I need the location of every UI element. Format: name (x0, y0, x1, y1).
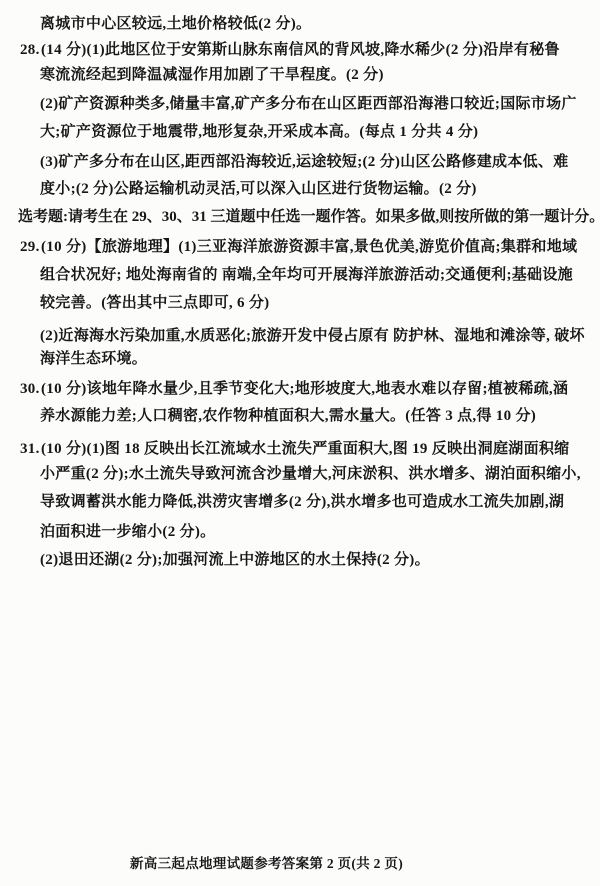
question-29-text: (10 分)【旅游地理】(1)三亚海洋旅游资源丰富,景色优美,游览价值高;集群和… (41, 239, 577, 255)
question-28-line-2: 寒流流经起到降温减湿作用加剧了干旱程度。(2 分) (40, 65, 384, 85)
question-28-line-4: 大;矿产资源位于地震带,地形复杂,开采成本高。(每点 1 分共 4 分) (40, 122, 478, 142)
question-30-text: (10 分)该地年降水量少,且季节变化大;地形坡度大,地表水难以存留;植被稀疏,… (41, 381, 568, 397)
question-29-line-1: 29.(10 分)【旅游地理】(1)三亚海洋旅游资源丰富,景色优美,游览价值高;… (20, 237, 577, 257)
question-28-line-3: (2)矿产资源种类多,储量丰富,矿产多分布在山区距西部沿海港口较近;国际市场广 (40, 94, 577, 114)
question-31-line-4: 泊面积进一步缩小(2 分)。 (40, 522, 215, 542)
question-31-line-5: (2)退田还湖(2 分);加强河流上中游地区的水土保持(2 分)。 (40, 550, 430, 570)
question-29-line-3: 较完善。(答出其中三点即可, 6 分) (40, 293, 269, 313)
question-29-line-4: (2)近海海水污染加重,水质恶化;旅游开发中侵占原有 防护林、湿地和滩涂等, 破… (40, 326, 585, 346)
question-28-line-5: (3)矿产多分布在山区,距西部沿海较近,运途较短;(2 分)山区公路修建成本低、… (40, 152, 569, 172)
question-31-number: 31. (20, 439, 41, 459)
question-30-number: 30. (20, 379, 41, 399)
question-30-line-1: 30.(10 分)该地年降水量少,且季节变化大;地形坡度大,地表水难以存留;植被… (20, 379, 568, 399)
question-28-line-1: 28.(14 分)(1)此地区位于安第斯山脉东南信风的背风坡,降水稀少(2 分)… (20, 40, 560, 60)
question-29-number: 29. (20, 237, 41, 257)
question-30-line-2: 养水源能力差;人口稠密,农作物种植面积大,需水量大。(任答 3 点,得 10 分… (40, 406, 536, 426)
answer-27-continuation-line: 离城市中心区较远,土地价格较低(2 分)。 (40, 14, 311, 34)
question-31-text: (10 分)(1)图 18 反映出长江流域水土流失严重面积大,图 19 反映出洞… (41, 441, 569, 457)
exam-answer-sheet-page: 离城市中心区较远,土地价格较低(2 分)。 28.(14 分)(1)此地区位于安… (0, 0, 600, 886)
question-28-line-6: 度小;(2 分)公路运输机动灵活,可以深入山区进行货物运输。(2 分) (40, 179, 477, 199)
question-28-number: 28. (20, 40, 41, 60)
question-29-line-5: 海洋生态环境。 (40, 349, 147, 369)
page-footer: 新高三起点地理试题参考答案第 2 页(共 2 页) (130, 852, 403, 872)
optional-question-notice: 选考题:请考生在 29、30、31 三道题中任选一题作答。如果多做,则按所做的第… (18, 207, 600, 227)
question-31-line-2: 小严重(2 分);水土流失导致河流含沙量增大,河床淤积、洪水增多、湖泊面积缩小, (40, 464, 581, 484)
question-31-line-3: 导致调蓄洪水能力降低,洪涝灾害增多(2 分),洪水增多也可造成水工流失加剧,湖 (40, 492, 564, 512)
question-31-line-1: 31.(10 分)(1)图 18 反映出长江流域水土流失严重面积大,图 19 反… (20, 439, 569, 459)
question-29-line-2: 组合状况好; 地处海南省的 南端,全年均可开展海洋旅游活动;交通便利;基础设施 (40, 265, 573, 285)
question-28-text: (14 分)(1)此地区位于安第斯山脉东南信风的背风坡,降水稀少(2 分)沿岸有… (41, 42, 560, 58)
